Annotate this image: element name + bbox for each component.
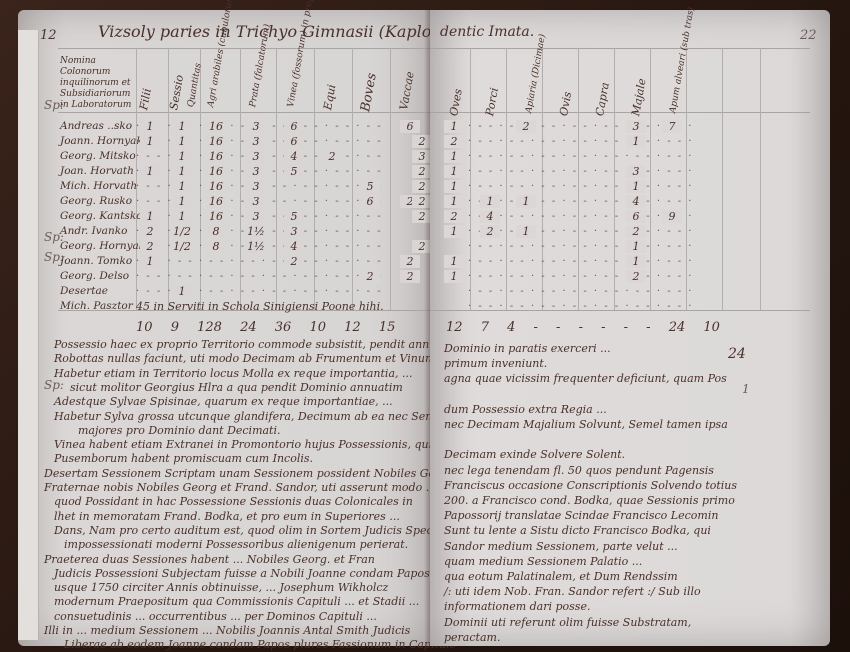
table-cell: 3 <box>246 120 266 133</box>
table-cell: 2 <box>400 255 420 268</box>
table-cell: 1 <box>140 255 160 268</box>
margin-note: Sp: <box>44 230 64 244</box>
table-cell: 1/2 <box>172 240 192 253</box>
table-cell: 16 <box>206 150 226 163</box>
table-cell: 2 <box>322 150 342 163</box>
row-dashes: · - - · - - · - - · - - · - - · - - · - … <box>468 181 694 192</box>
table-cell: 1 <box>444 165 464 178</box>
table-cell: 7 <box>662 120 682 133</box>
table-cell: 2 <box>140 225 160 238</box>
table-cell: 1 <box>444 195 464 208</box>
row-dashes: · - - · - - · - - · - - · - - · - - · - … <box>136 256 383 267</box>
table-cell: 1 <box>444 150 464 163</box>
table-cell: 1½ <box>246 225 266 238</box>
table-cell: 6 <box>284 135 304 148</box>
table-cell: 2 <box>626 225 646 238</box>
total-value: 12 <box>344 320 361 335</box>
table-cell: 2 <box>626 270 646 283</box>
row-name: Joann. Tomko <box>60 255 132 267</box>
paragraph-line: Liberae ab eodem Joanne condam Papos plu… <box>64 636 456 652</box>
table-cell: 6 <box>360 195 380 208</box>
table-cell: 1 <box>480 195 500 208</box>
table-cell: 4 <box>626 195 646 208</box>
row-dashes: · - - · - - · - - · - - · - - · - - · - … <box>468 301 694 312</box>
table-cell: 1 <box>140 135 160 148</box>
paragraph-line: nec Decimam Majalium Solvunt, Semel tame… <box>444 416 728 433</box>
table-cell: 1 <box>140 120 160 133</box>
table-cell: 16 <box>206 210 226 223</box>
row-name: Mich. Pasztor <box>60 300 133 312</box>
column-header-rule <box>58 112 430 113</box>
left-totals-row: 10 9 128 24 36 10 12 15 <box>136 320 395 335</box>
table-cell: 3 <box>284 225 304 238</box>
total-value: 12 <box>446 320 463 335</box>
row-name: Andr. Ivanko <box>60 225 127 237</box>
table-cell: 5 <box>360 180 380 193</box>
table-cell: 1 <box>626 180 646 193</box>
table-cell: 8 <box>206 240 226 253</box>
table-cell: 3 <box>246 180 266 193</box>
table-cell: 3 <box>246 210 266 223</box>
page-edges <box>18 30 39 640</box>
table-cell: 5 <box>284 165 304 178</box>
table-cell: 2 <box>400 270 420 283</box>
row-dashes: · - - · - - · - - · - - · - - · - - · - … <box>468 136 694 147</box>
row-name: Desertae <box>60 285 108 297</box>
table-cell: 6 <box>400 120 420 133</box>
paragraph-line: agna quae vicissim frequenter deficiunt,… <box>444 370 727 387</box>
row-dashes: · - - · - - · - - · - - · - - · - - · - … <box>468 151 694 162</box>
table-cell: 1 <box>172 165 192 178</box>
total-value: 24 <box>669 320 686 335</box>
row-dashes: · - - · - - · - - · - - · - - · - - · - … <box>468 166 694 177</box>
row-dashes: · - - · - - · - - · - - · - - · - - · - … <box>468 121 694 132</box>
table-cell: 2 <box>360 270 380 283</box>
table-cell: 3 <box>246 195 266 208</box>
right-page: dentic Imata. 22 Oves Porci Apiaria (Dic… <box>430 10 830 646</box>
margin-note: Sp: <box>44 378 64 392</box>
table-cell: 3 <box>246 150 266 163</box>
side-value: 1 <box>742 382 750 396</box>
table-cell: 2 <box>444 135 464 148</box>
column-header: Equi <box>321 83 338 111</box>
total-value: 7 <box>481 320 489 335</box>
row-dashes: · - - · - - · - - · - - · - - · - - · - … <box>468 256 694 267</box>
total-value: 10 <box>309 320 326 335</box>
grid-line <box>722 48 723 310</box>
table-cell: 16 <box>206 120 226 133</box>
table-cell: 1 <box>172 120 192 133</box>
row-name: Mich. Horvath <box>60 180 137 192</box>
table-cell: 16 <box>206 180 226 193</box>
table-cell: 2 <box>444 210 464 223</box>
table-cell: 2 <box>480 225 500 238</box>
column-header: Vaccae <box>397 70 417 111</box>
table-cell: 1 <box>172 180 192 193</box>
row-dashes: · - - · - - · - - · - - · - - · - - · - … <box>468 211 694 222</box>
column-header: Ovis <box>557 91 574 117</box>
table-cell: 1 <box>444 225 464 238</box>
row-dashes: · - - · - - · - - · - - · - - · - - · - … <box>468 226 694 237</box>
column-header: Quantitas <box>186 63 204 108</box>
table-cell: 1 <box>172 195 192 208</box>
table-cell: 5 <box>284 210 304 223</box>
table-cell: 1 <box>444 255 464 268</box>
row-name: Georg. Kantsko <box>60 210 143 222</box>
total-value: 15 <box>379 320 396 335</box>
column-header: Filii <box>137 87 154 111</box>
table-cell: 1 <box>626 240 646 253</box>
left-page: 12 Vizsoly paries in Trichyo Gimnasii (K… <box>18 10 430 646</box>
column-header: Apiaria (Dicimae) <box>524 33 548 114</box>
row-name: Andreas ..sko <box>60 120 132 132</box>
table-cell: 16 <box>206 165 226 178</box>
grid-line <box>760 48 761 310</box>
row-dashes: · - - · - - · - - · - - · - - · - - · - … <box>468 241 694 252</box>
table-cell: 6 <box>284 120 304 133</box>
row-header-label: Nomina Colonorum inquilinorum et Subsidi… <box>60 56 134 111</box>
table-cell: 1 <box>626 135 646 148</box>
row-dashes: · - - · - - · - - · - - · - - · - - · - … <box>468 271 694 282</box>
table-cell: 16 <box>206 135 226 148</box>
row-dashes: · - - · - - · - - · - - · - - · - - · - … <box>468 286 694 297</box>
table-cell: 1 <box>172 150 192 163</box>
total-value: 9 <box>171 320 179 335</box>
table-cell: 1 <box>626 255 646 268</box>
table-cell: 2 <box>516 120 536 133</box>
total-value: 36 <box>275 320 292 335</box>
table-cell: 3 <box>626 120 646 133</box>
total-value: 24 <box>240 320 257 335</box>
row-name: Georg. Hornyak <box>60 240 145 252</box>
table-cell: 8 <box>206 225 226 238</box>
table-cell: 3 <box>246 135 266 148</box>
row-dashes: · - - · - - · - - · - - · - - · - - · - … <box>136 271 383 282</box>
left-page-title: Vizsoly paries in Trichyo Gimnasii (Kapl… <box>98 22 448 41</box>
table-cell: 2 <box>284 255 304 268</box>
side-value: 24 <box>728 346 746 362</box>
table-cell: 1 <box>444 120 464 133</box>
table-cell: 1 <box>444 270 464 283</box>
column-header: Agri arabiles (cubulorum) <box>206 0 236 108</box>
table-cell: 3 <box>626 165 646 178</box>
row-dashes: · - - · - - · - - · - - · - - · - - · - … <box>468 196 694 207</box>
total-value: 4 <box>507 320 515 335</box>
open-ledger-book: 12 Vizsoly paries in Trichyo Gimnasii (K… <box>18 10 830 646</box>
table-cell: 9 <box>662 210 682 223</box>
header-rule <box>58 48 430 49</box>
table-cell: 6 <box>626 210 646 223</box>
table-cell: 1 <box>516 225 536 238</box>
table-cell: 2 <box>140 240 160 253</box>
table-cell: 1 <box>444 180 464 193</box>
table-cell: 3 <box>246 165 266 178</box>
table-cell: 4 <box>284 150 304 163</box>
row-name: Georg. Mitsko <box>60 150 136 162</box>
left-page-number: 12 <box>40 28 57 43</box>
right-page-number: 22 <box>800 28 817 43</box>
total-value: 10 <box>703 320 720 335</box>
right-totals-row: 12 7 4 - - - - - - 24 10 <box>446 320 720 335</box>
table-cell: 1 <box>140 165 160 178</box>
row-name: Georg. Delso <box>60 270 129 282</box>
row-name: Joan. Horvath <box>60 165 134 177</box>
margin-note: Sp: <box>44 98 64 112</box>
total-value: 128 <box>197 320 222 335</box>
row-note: 45 in Serviti in Schola Sinigiensi Poone… <box>136 300 384 313</box>
table-cell: 1½ <box>246 240 266 253</box>
grid-line <box>390 48 391 310</box>
table-cell: 1 <box>172 135 192 148</box>
total-value: 10 <box>136 320 153 335</box>
table-cell: 4 <box>480 210 500 223</box>
header-rule <box>430 48 810 49</box>
paragraph-line: peractam. <box>444 629 500 646</box>
table-cell: 1/2 <box>172 225 192 238</box>
column-header: Apum alveari (sub tras) <box>668 6 697 114</box>
column-header: Sessio <box>167 74 186 111</box>
row-name: Georg. Rusko <box>60 195 132 207</box>
column-header: Boves <box>358 72 380 113</box>
table-cell: 1 <box>172 285 192 298</box>
margin-note: Sp: <box>44 250 64 264</box>
table-cell: 4 <box>284 240 304 253</box>
table-cell: 1 <box>140 210 160 223</box>
right-page-title: dentic Imata. <box>440 24 534 40</box>
row-name: Joann. Hornyak <box>60 135 143 147</box>
table-cell: 16 <box>206 195 226 208</box>
table-cell: 1 <box>516 195 536 208</box>
table-cell: 1 <box>172 210 192 223</box>
